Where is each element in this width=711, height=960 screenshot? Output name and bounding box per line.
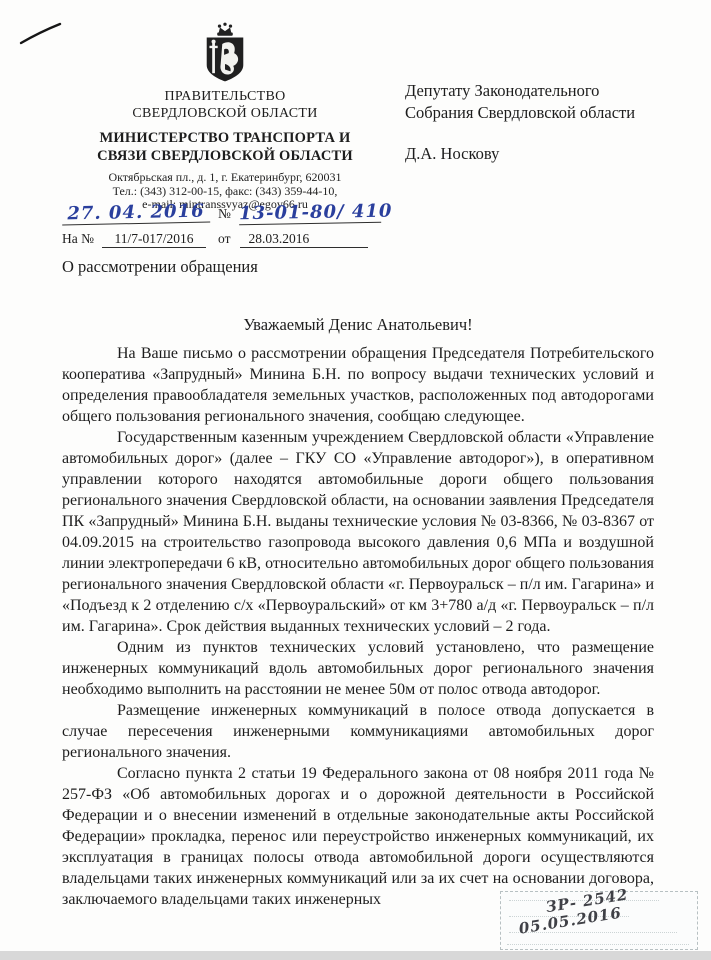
stamp-print-line <box>507 944 689 945</box>
incoming-date: 28.03.2016 <box>240 231 368 248</box>
body-paragraph: На Ваше письмо о рассмотрении обращения … <box>62 343 654 427</box>
handwritten-date: 27. 04. 2016 <box>62 200 210 225</box>
ministry-line-1: МИНИСТЕРСТВО ТРАНСПОРТА И <box>48 130 402 148</box>
ministry-line-2: СВЯЗИ СВЕРДЛОВСКОЙ ОБЛАСТИ <box>48 148 402 166</box>
government-line-1: ПРАВИТЕЛЬСТВО <box>48 89 402 106</box>
body-paragraph: Государственным казенным учреждением Све… <box>62 427 654 637</box>
subject-line: О рассмотрении обращения <box>62 257 258 277</box>
handwritten-outgoing-number: 13-01-80/ 410 <box>239 201 381 225</box>
government-line-2: СВЕРДЛОВСКОЙ ОБЛАСТИ <box>48 106 402 123</box>
from-label: от <box>218 231 230 247</box>
letter-body: На Ваше письмо о рассмотрении обращения … <box>62 343 654 910</box>
outgoing-ref-row: 27. 04. 2016 № 13-01-80/ 410 <box>62 194 407 224</box>
salutation: Уважаемый Денис Анатольевич! <box>62 315 654 335</box>
reference-block: 27. 04. 2016 № 13-01-80/ 410 На № 11/7-0… <box>62 194 407 248</box>
number-label: № <box>218 206 231 222</box>
recipient-block: Депутату Законодательного Собрания Сверд… <box>405 80 635 165</box>
address-line: Октябрьская пл., д. 1, г. Екатеринбург, … <box>48 171 402 185</box>
body-paragraph: Размещение инженерных коммуникаций в пол… <box>62 700 654 763</box>
recipient-line-2: Собрания Свердловской области <box>405 102 635 124</box>
stamp-handwriting: ЗР- 2542 05.05.2016 <box>515 886 632 937</box>
letterhead: ПРАВИТЕЛЬСТВО СВЕРДЛОВСКОЙ ОБЛАСТИ МИНИС… <box>48 22 402 212</box>
incoming-ref-row: На № 11/7-017/2016 от 28.03.2016 <box>62 228 407 248</box>
body-paragraph: Согласно пункта 2 статьи 19 Федерального… <box>62 763 654 910</box>
recipient-name: Д.А. Носкову <box>405 143 635 165</box>
incoming-number: 11/7-017/2016 <box>102 231 206 248</box>
reply-to-label: На № <box>62 231 94 247</box>
scan-edge-band <box>0 951 711 960</box>
body-paragraph: Одним из пунктов технических условий уст… <box>62 637 654 700</box>
recipient-line-1: Депутату Законодательного <box>405 80 635 102</box>
registration-stamp: ЗР- 2542 05.05.2016 <box>500 891 698 950</box>
letter-page: ПРАВИТЕЛЬСТВО СВЕРДЛОВСКОЙ ОБЛАСТИ МИНИС… <box>0 0 711 960</box>
coat-of-arms-emblem <box>196 22 254 86</box>
